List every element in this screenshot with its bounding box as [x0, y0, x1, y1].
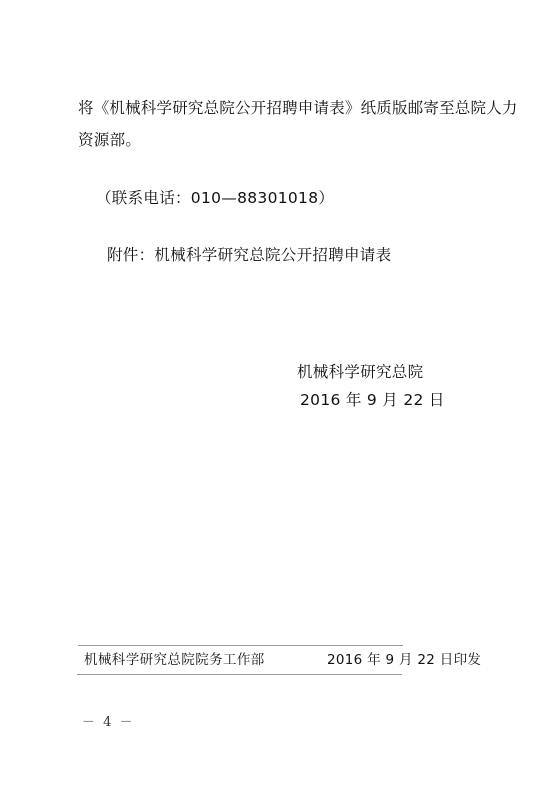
document-page: 将《机械科学研究总院公开招聘申请表》纸质版邮寄至总院人力 资源部。 （联系电话：… — [0, 0, 558, 786]
footer-top-rule — [78, 645, 403, 646]
page-number: － 4 － — [82, 711, 135, 730]
footer-issuer: 机械科学研究总院院务工作部 — [84, 651, 265, 669]
signature-date: 2016 年 9 月 22 日 — [300, 390, 445, 410]
body-paragraph-line-1: 将《机械科学研究总院公开招聘申请表》纸质版邮寄至总院人力 — [78, 98, 518, 118]
footer-bottom-rule — [77, 674, 402, 675]
contact-phone: （联系电话：010—88301018） — [96, 188, 334, 208]
body-paragraph-line-2: 资源部。 — [78, 130, 141, 150]
footer-issue-date: 2016 年 9 月 22 日印发 — [327, 651, 481, 669]
signature-organization: 机械科学研究总院 — [297, 362, 423, 382]
attachment-note: 附件：机械科学研究总院公开招聘申请表 — [107, 245, 391, 265]
